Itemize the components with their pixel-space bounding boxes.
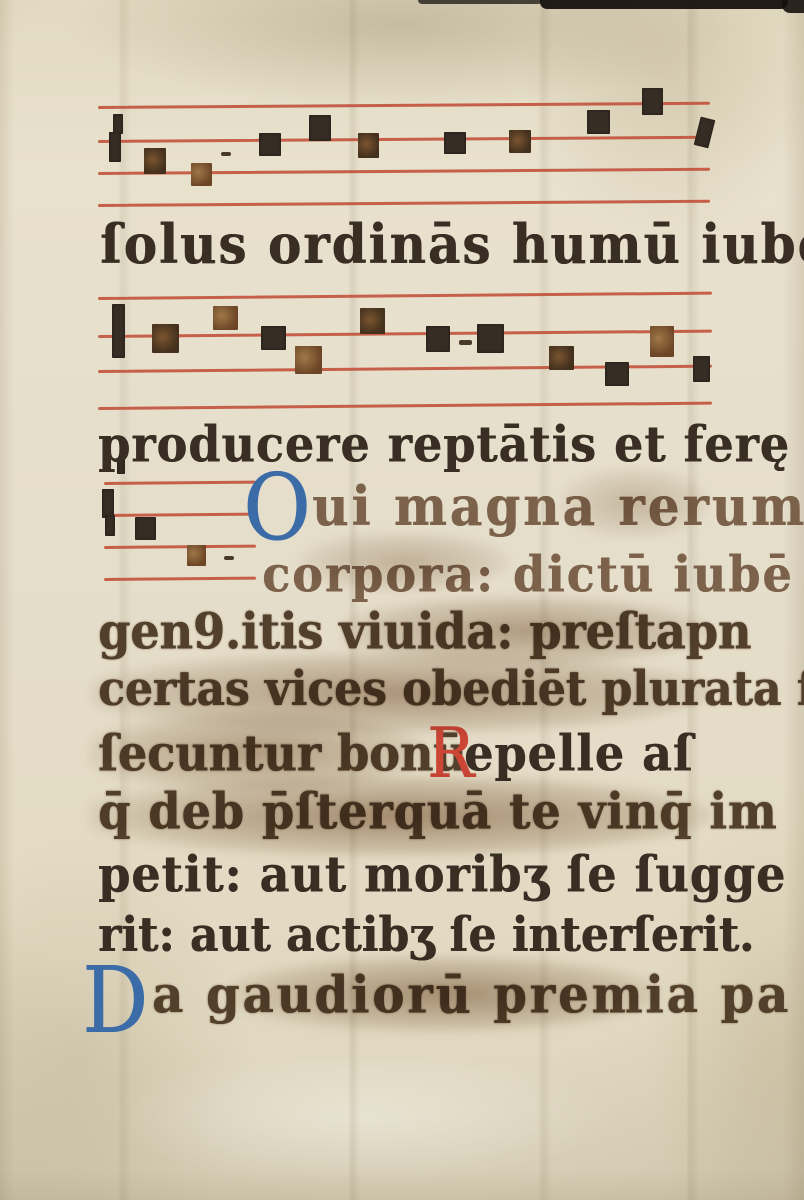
background-gap	[782, 0, 804, 13]
neume-note	[113, 114, 123, 134]
manuscript-photo: ſolus ordinās humū iubesproducere reptāt…	[0, 0, 804, 1200]
text-line-10: rit: aut actibʒ ſe interſerit.	[98, 908, 754, 963]
neume-note	[650, 326, 674, 357]
neume-note	[509, 130, 531, 153]
neume-note	[358, 133, 379, 158]
neume-note	[144, 148, 166, 174]
neume-note	[642, 88, 663, 115]
text-line-1: ſolus ordinās humū iubes	[100, 212, 804, 276]
neume-note	[191, 163, 212, 186]
text-line-3-seg-2: ui magna rerum	[312, 474, 804, 538]
neume-dash	[224, 556, 234, 560]
neume-note	[549, 346, 574, 370]
neume-dash	[221, 152, 231, 156]
neume-dash	[459, 340, 472, 345]
neume-note	[309, 115, 331, 141]
neume-note	[693, 356, 710, 382]
neume-note	[102, 489, 114, 518]
neume-note	[109, 132, 121, 162]
background-gap	[540, 0, 788, 9]
neume-note	[213, 306, 238, 330]
neume-note	[587, 110, 610, 134]
background-gap	[418, 0, 542, 4]
neume-note	[477, 324, 504, 353]
neume-note	[426, 326, 450, 352]
text-line-7-seg-3: epelle aſ	[464, 724, 694, 782]
neume-note	[261, 326, 286, 350]
neume-note	[605, 362, 629, 386]
neume-note	[152, 324, 179, 353]
neume-note	[135, 517, 156, 540]
neume-note	[295, 346, 322, 374]
text-line-11-seg-1: D	[82, 948, 148, 1054]
neume-note	[187, 545, 206, 566]
neume-note	[105, 515, 115, 536]
neume-note	[259, 133, 281, 156]
text-line-2: producere reptātis et ferę	[98, 415, 790, 473]
neume-note	[112, 304, 125, 358]
neume-note	[360, 308, 385, 334]
neume-note	[444, 132, 466, 154]
